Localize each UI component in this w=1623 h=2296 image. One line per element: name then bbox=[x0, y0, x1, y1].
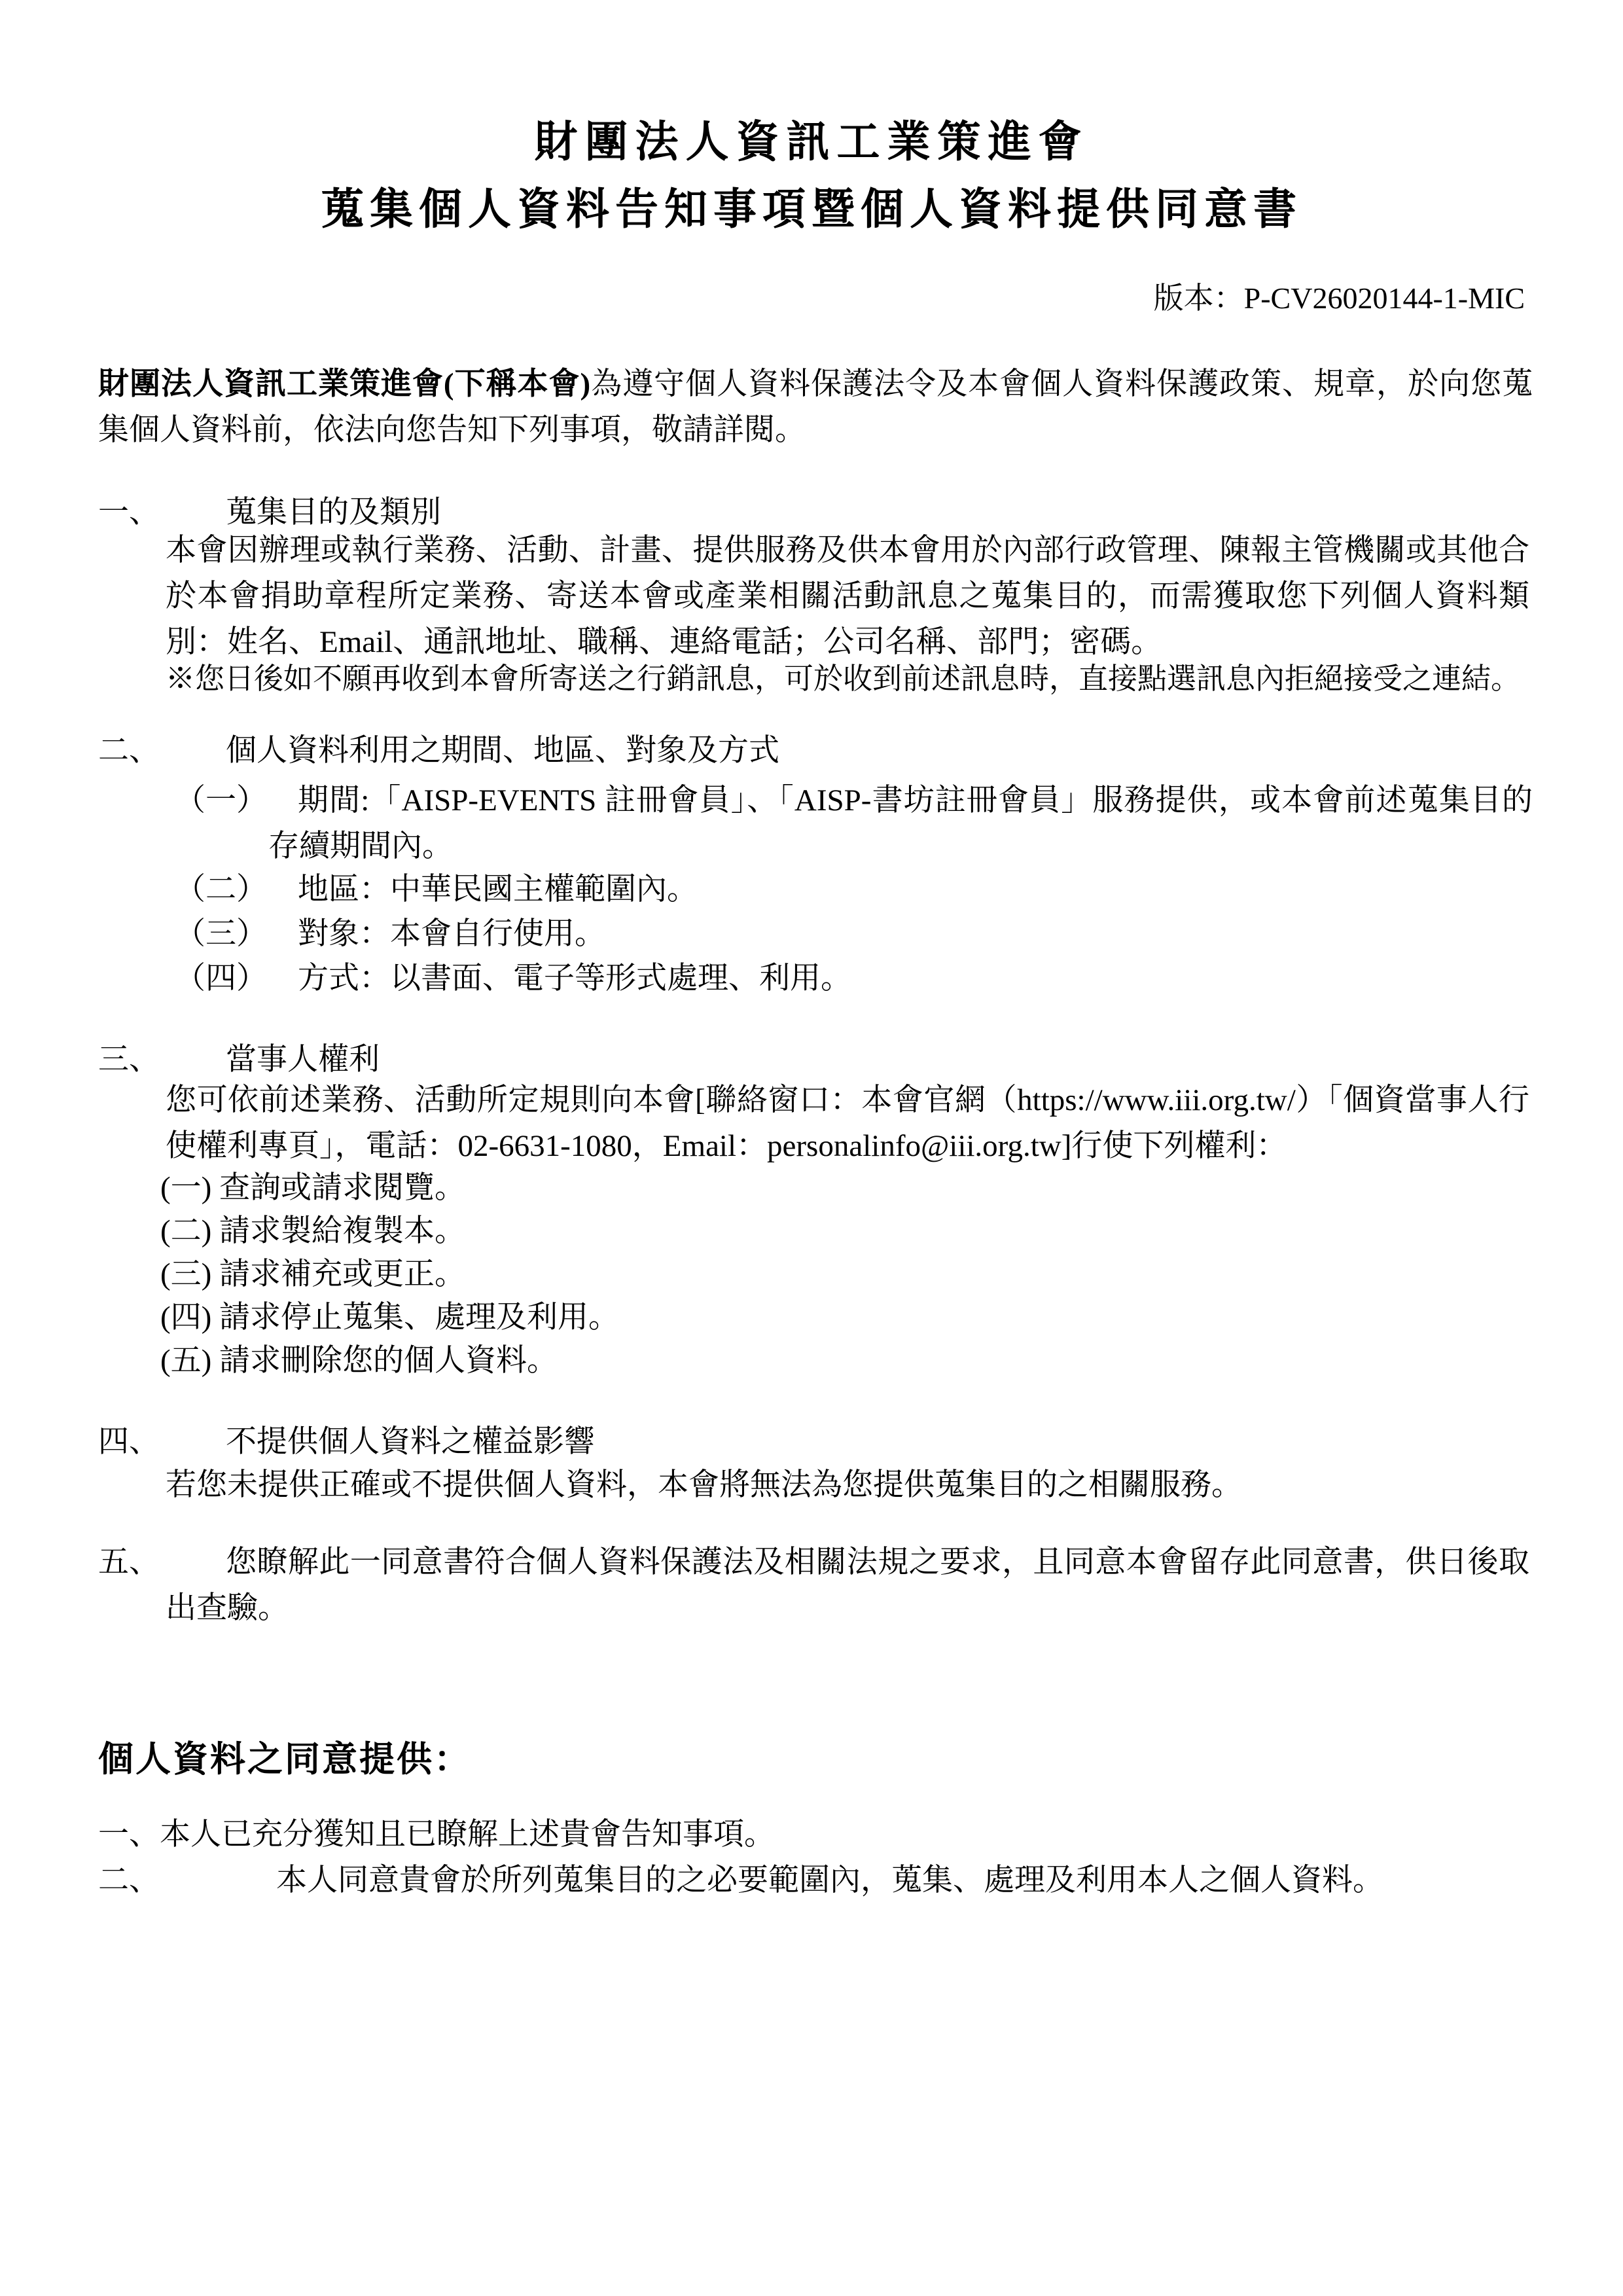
section-3-heading: 當事人權利 bbox=[226, 1043, 380, 1077]
intro-paragraph: 財團法人資訊工業策進會(下稱本會)為遵守個人資料保護法令及本會個人資料保護政策、… bbox=[98, 361, 1533, 453]
section-4-heading-row: 四、不提供個人資料之權益影響 bbox=[98, 1419, 1538, 1465]
section-2-item-1-text: 期間:「AISP-EVENTS 註冊會員」、「AISP-書坊註冊會員」服務提供，… bbox=[268, 783, 1533, 863]
section-3-body: 您可依前述業務、活動所定規則向本會[聯絡窗口：本會官網（https://www.… bbox=[166, 1077, 1529, 1169]
section-2-item-2-text: 地區：中華民國主權範圍內。 bbox=[298, 872, 698, 906]
section-1-heading: 蒐集目的及類別 bbox=[226, 495, 441, 529]
version-label: 版本：P-CV26020144-1-MIC bbox=[1154, 279, 1525, 318]
section-1-body: 本會因辦理或執行業務、活動、計畫、提供服務及供本會用於內部行政管理、陳報主管機關… bbox=[166, 528, 1529, 665]
doc-title: 蒐集個人資料告知事項暨個人資料提供同意書 bbox=[0, 184, 1623, 236]
section-2-item-2: （二）地區：中華民國主權範圍內。 bbox=[175, 867, 698, 912]
consent-item-2-number: 二、 bbox=[98, 1863, 160, 1897]
section-2-item-4-text: 方式：以書面、電子等形式處理、利用。 bbox=[298, 961, 851, 996]
section-2-item-2-number: （二） bbox=[175, 867, 298, 912]
consent-form-page: 財團法人資訊工業策進會 蒐集個人資料告知事項暨個人資料提供同意書 版本：P-CV… bbox=[0, 0, 1623, 2296]
section-2-item-3-text: 對象：本會自行使用。 bbox=[298, 917, 605, 951]
section-2-item-3-number: （三） bbox=[175, 911, 298, 957]
section-1-note: ※您日後如不願再收到本會所寄送之行銷訊息，可於收到前述訊息時，直接點選訊息內拒絕… bbox=[166, 656, 1546, 702]
section-2-item-1: （一）期間:「AISP-EVENTS 註冊會員」、「AISP-書坊註冊會員」服務… bbox=[268, 778, 1533, 869]
section-5-text: 您瞭解此一同意書符合個人資料保護法及相關法規之要求，且同意本會留存此同意書，供日… bbox=[166, 1545, 1529, 1625]
section-2-item-4: （四）方式：以書面、電子等形式處理、利用。 bbox=[175, 956, 851, 1001]
consent-item-1-text: 本人已充分獲知且已瞭解上述貴會告知事項。 bbox=[160, 1818, 775, 1852]
section-4-body: 若您未提供正確或不提供個人資料，本會將無法為您提供蒐集目的之相關服務。 bbox=[166, 1462, 1529, 1508]
org-title: 財團法人資訊工業策進會 bbox=[0, 117, 1623, 169]
section-2-item-1-number: （一） bbox=[175, 778, 267, 823]
section-2-heading: 個人資料利用之期間、地區、對象及方式 bbox=[226, 734, 779, 768]
right-item-1: (一) 查詢或請求閱覽。 bbox=[160, 1166, 1541, 1210]
section-2-number: 二、 bbox=[98, 728, 226, 774]
consent-heading: 個人資料之同意提供： bbox=[98, 1736, 471, 1783]
section-4-heading: 不提供個人資料之權益影響 bbox=[226, 1425, 595, 1459]
section-3-heading-row: 三、當事人權利 bbox=[98, 1037, 1538, 1083]
section-2-item-3: （三）對象：本會自行使用。 bbox=[175, 911, 605, 957]
section-5-paragraph: 五、您瞭解此一同意書符合個人資料保護法及相關法規之要求，且同意本會留存此同意書，… bbox=[166, 1539, 1529, 1631]
section-5-number: 五、 bbox=[98, 1539, 160, 1585]
right-item-3: (三) 請求補充或更正。 bbox=[160, 1253, 1541, 1296]
section-2-heading-row: 二、個人資料利用之期間、地區、對象及方式 bbox=[98, 728, 1538, 774]
consent-item-1-number: 一、 bbox=[98, 1818, 160, 1852]
right-item-5: (五) 請求刪除您的個人資料。 bbox=[160, 1339, 1541, 1382]
right-item-2: (二) 請求製給複製本。 bbox=[160, 1210, 1541, 1253]
right-item-4: (四) 請求停止蒐集、處理及利用。 bbox=[160, 1296, 1541, 1339]
section-3-rights-list: (一) 查詢或請求閱覽。 (二) 請求製給複製本。 (三) 請求補充或更正。 (… bbox=[160, 1166, 1541, 1382]
section-3-number: 三、 bbox=[98, 1037, 226, 1083]
consent-item-2-text: 本人同意貴會於所列蒐集目的之必要範圍內，蒐集、處理及利用本人之個人資料。 bbox=[276, 1863, 1383, 1897]
consent-item-1: 一、本人已充分獲知且已瞭解上述貴會告知事項。 bbox=[98, 1812, 775, 1857]
section-4-number: 四、 bbox=[98, 1419, 226, 1465]
intro-org-name: 財團法人資訊工業策進會(下稱本會) bbox=[98, 367, 590, 401]
consent-item-2: 二、本人同意貴會於所列蒐集目的之必要範圍內，蒐集、處理及利用本人之個人資料。 bbox=[98, 1857, 1383, 1903]
section-2-item-4-number: （四） bbox=[175, 956, 298, 1001]
